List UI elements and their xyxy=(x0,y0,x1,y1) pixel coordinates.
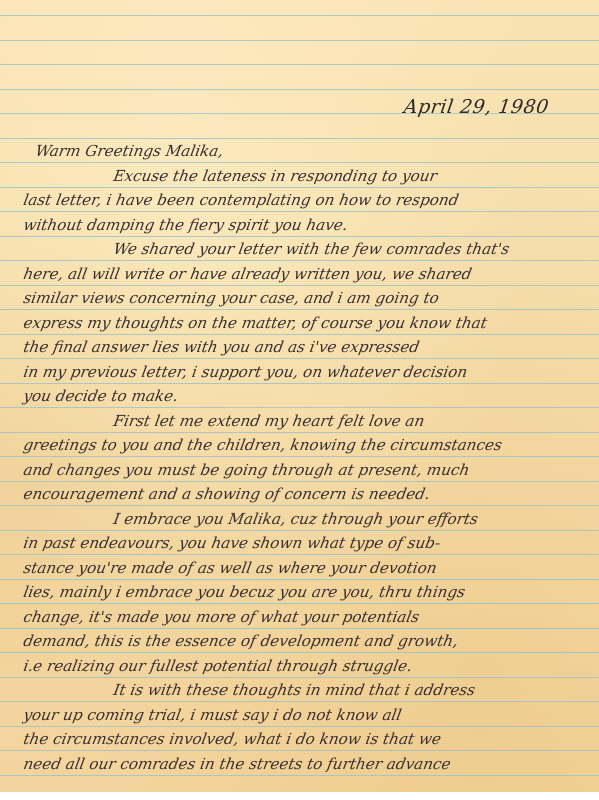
ruled-line xyxy=(0,603,599,604)
ruled-line xyxy=(0,236,599,237)
letter-date: April 29, 1980 xyxy=(403,96,551,118)
letter-line: in past endeavours, you have shown what … xyxy=(22,534,442,552)
ruled-line xyxy=(0,505,599,506)
letter-line: change, it's made you more of what your … xyxy=(22,608,421,626)
ruled-line xyxy=(0,481,599,482)
letter-line: without damping the fiery spirit you hav… xyxy=(22,216,349,234)
letter-line: First let me extend my heart felt love a… xyxy=(112,412,426,430)
letter-line: encouragement and a showing of concern i… xyxy=(22,485,432,503)
ruled-line xyxy=(0,309,599,310)
ruled-line xyxy=(0,456,599,457)
letter-line: need all our comrades in the streets to … xyxy=(22,755,452,773)
ruled-line xyxy=(0,677,599,678)
ruled-line xyxy=(0,64,599,65)
ruled-line xyxy=(0,530,599,531)
ruled-line xyxy=(0,162,599,163)
ruled-line xyxy=(0,334,599,335)
ruled-line xyxy=(0,579,599,580)
letter-line: similar views concerning your case, and … xyxy=(22,289,441,307)
ruled-line xyxy=(0,775,599,776)
ruled-line xyxy=(0,407,599,408)
letter-line: you decide to make. xyxy=(22,387,180,405)
ruled-line xyxy=(0,89,599,90)
letter-line: in my previous letter, i support you, on… xyxy=(22,363,469,381)
ruled-line xyxy=(0,260,599,261)
ruled-line xyxy=(0,432,599,433)
letter-line: I embrace you Malika, cuz through your e… xyxy=(112,510,479,528)
letter-line: We shared your letter with the few comra… xyxy=(112,240,511,258)
letter-line: Excuse the lateness in responding to you… xyxy=(112,167,439,185)
ruled-line xyxy=(0,40,599,41)
letter-line: demand, this is the essence of developme… xyxy=(22,632,460,650)
ruled-line xyxy=(0,15,599,16)
letter-line: greetings to you and the children, knowi… xyxy=(22,436,503,454)
ruled-line xyxy=(0,726,599,727)
letter-line: the final answer lies with you and as i'… xyxy=(22,338,421,356)
ruled-line xyxy=(0,628,599,629)
ruled-line xyxy=(0,383,599,384)
salutation: Warm Greetings Malika, xyxy=(34,142,225,160)
letter-line: and changes you must be going through at… xyxy=(22,461,471,479)
letter-line: last letter, i have been contemplating o… xyxy=(22,191,460,209)
ruled-line xyxy=(0,358,599,359)
ruled-line xyxy=(0,211,599,212)
letter-line: It is with these thoughts in mind that i… xyxy=(112,681,477,699)
letter-page: April 29, 1980 Warm Greetings Malika, Ex… xyxy=(0,0,599,792)
letter-line: express my thoughts on the matter, of co… xyxy=(22,314,489,332)
letter-line: the circumstances involved, what i do kn… xyxy=(22,730,443,748)
ruled-line xyxy=(0,138,599,139)
ruled-line xyxy=(0,701,599,702)
letter-line: here, all will write or have already wri… xyxy=(22,265,473,283)
letter-line: i.e realizing our fullest potential thro… xyxy=(22,657,414,675)
letter-line: stance you're made of as well as where y… xyxy=(22,559,438,577)
letter-line: your up coming trial, i must say i do no… xyxy=(22,706,403,724)
ruled-line xyxy=(0,285,599,286)
ruled-line xyxy=(0,750,599,751)
ruled-line xyxy=(0,187,599,188)
ruled-line xyxy=(0,554,599,555)
letter-line: lies, mainly i embrace you becuz you are… xyxy=(22,583,467,601)
ruled-line xyxy=(0,652,599,653)
